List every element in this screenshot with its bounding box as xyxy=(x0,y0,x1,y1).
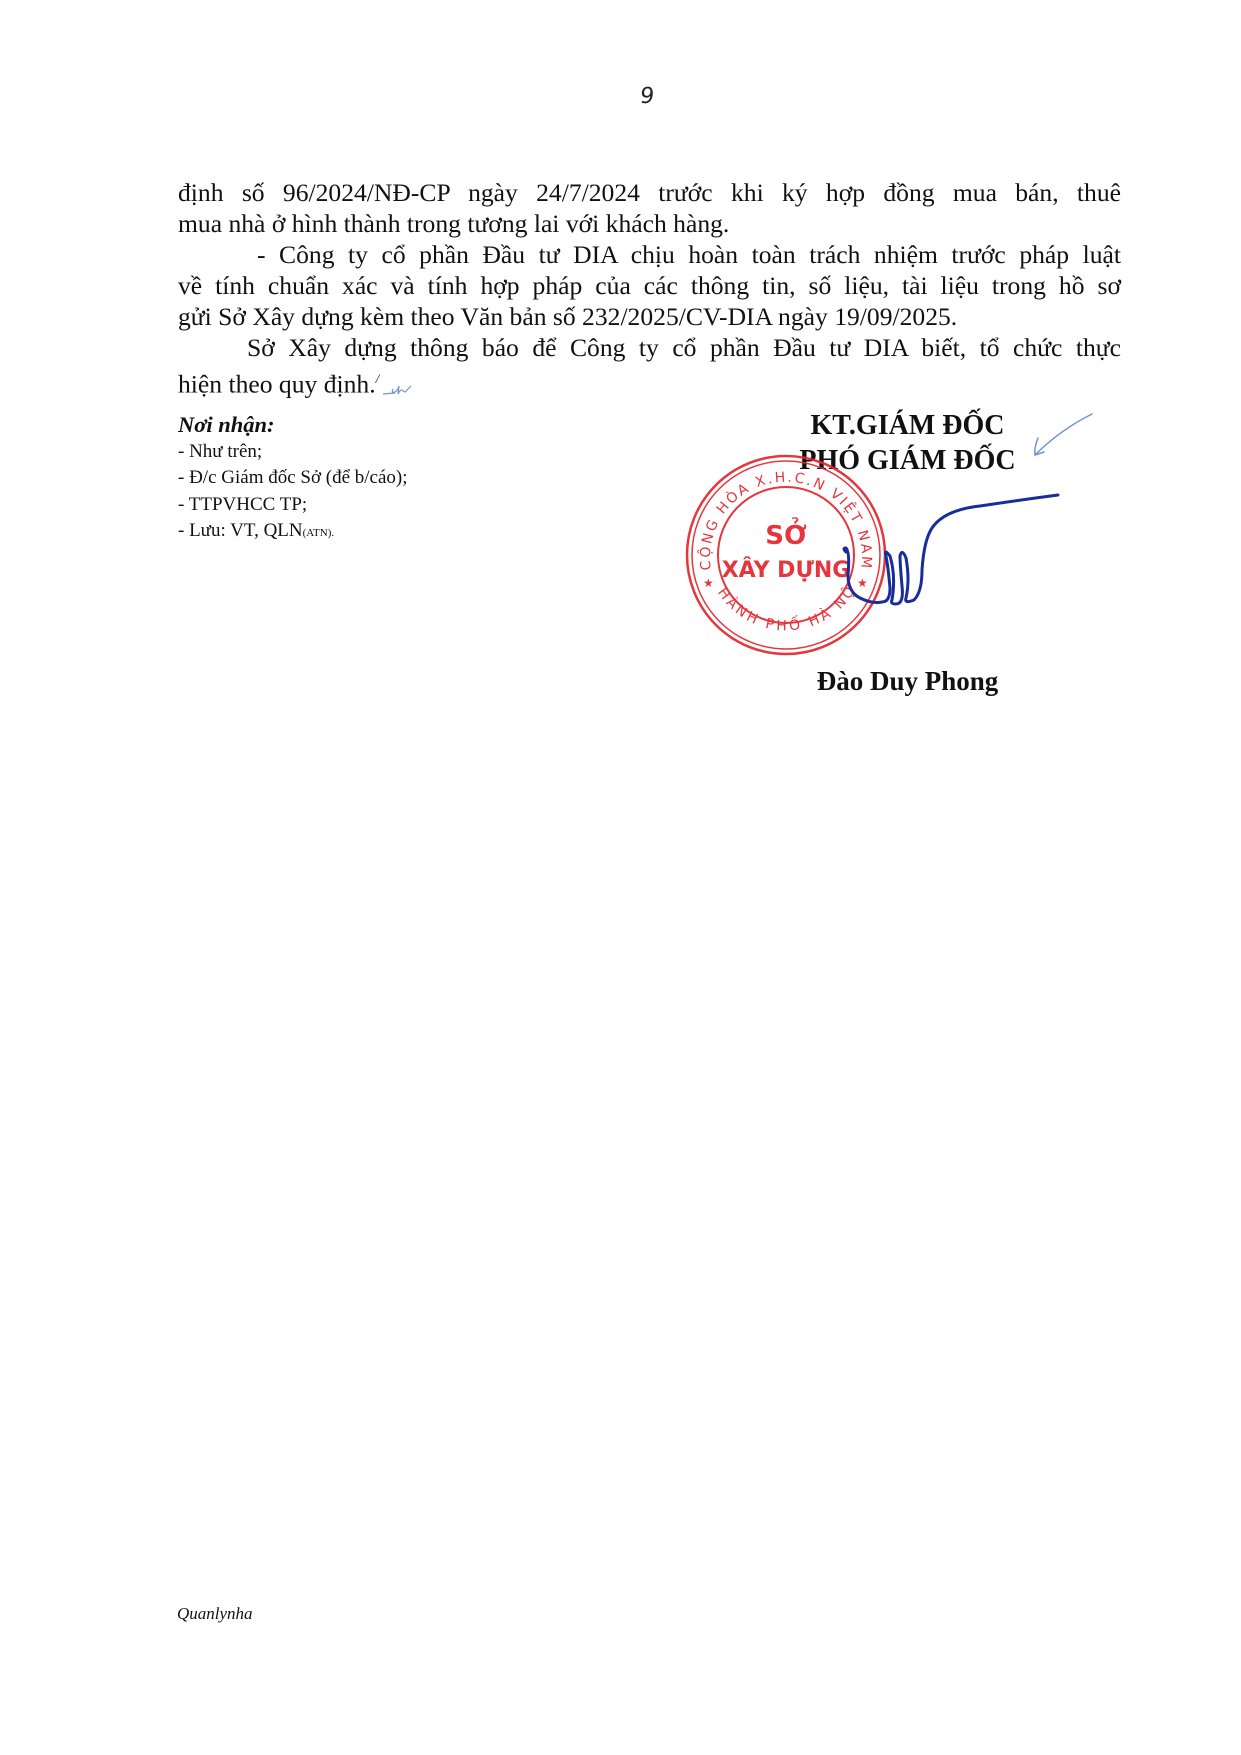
body-line-7-text: hiện theo quy định. xyxy=(178,370,376,399)
recipients-block: Nơi nhận: - Như trên; - Đ/c Giám đốc Sở … xyxy=(178,411,408,546)
body-line-7: hiện theo quy định./ xyxy=(178,363,1121,400)
recipient-item: - Như trên; xyxy=(178,439,408,465)
check-mark-icon xyxy=(1020,400,1130,470)
stamp-center-line-1: SỞ xyxy=(765,515,807,551)
body-line-4: về tính chuẩn xác và tính hợp pháp của c… xyxy=(178,270,1121,301)
footer-note: Quanlynha xyxy=(177,1604,253,1624)
body-line-6: Sở Xây dựng thông báo để Công ty cổ phần… xyxy=(178,332,1121,363)
title-line-1: KT.GIÁM ĐỐC xyxy=(760,408,1055,443)
recipients-list: - Như trên; - Đ/c Giám đốc Sở (để b/cáo)… xyxy=(178,439,408,546)
handwritten-signature-icon xyxy=(830,480,1090,620)
recipient-item-text: - Lưu: VT, QLN xyxy=(178,520,303,541)
body-line-3: - Công ty cổ phần Đầu tư DIA chịu hoàn t… xyxy=(178,239,1121,270)
body-line-1: định số 96/2024/NĐ-CP ngày 24/7/2024 trư… xyxy=(178,177,1121,208)
body-line-2: mua nhà ở hình thành trong tương lai với… xyxy=(178,208,1121,239)
recipient-item-suffix: (ATN). xyxy=(303,527,334,539)
body-line-5: gửi Sở Xây dựng kèm theo Văn bản số 232/… xyxy=(178,301,1121,332)
recipient-item: - TTPVHCC TP; xyxy=(178,492,408,518)
recipient-item: - Lưu: VT, QLN(ATN). xyxy=(178,518,408,546)
recipients-title: Nơi nhận: xyxy=(178,411,408,439)
page-number: 9 xyxy=(639,84,656,109)
initials-icon xyxy=(379,376,419,398)
body-paragraphs: định số 96/2024/NĐ-CP ngày 24/7/2024 trư… xyxy=(178,177,1121,400)
recipient-item: - Đ/c Giám đốc Sở (để b/cáo); xyxy=(178,465,408,491)
svg-text:★: ★ xyxy=(703,576,714,590)
signer-name: Đào Duy Phong xyxy=(760,666,1055,697)
